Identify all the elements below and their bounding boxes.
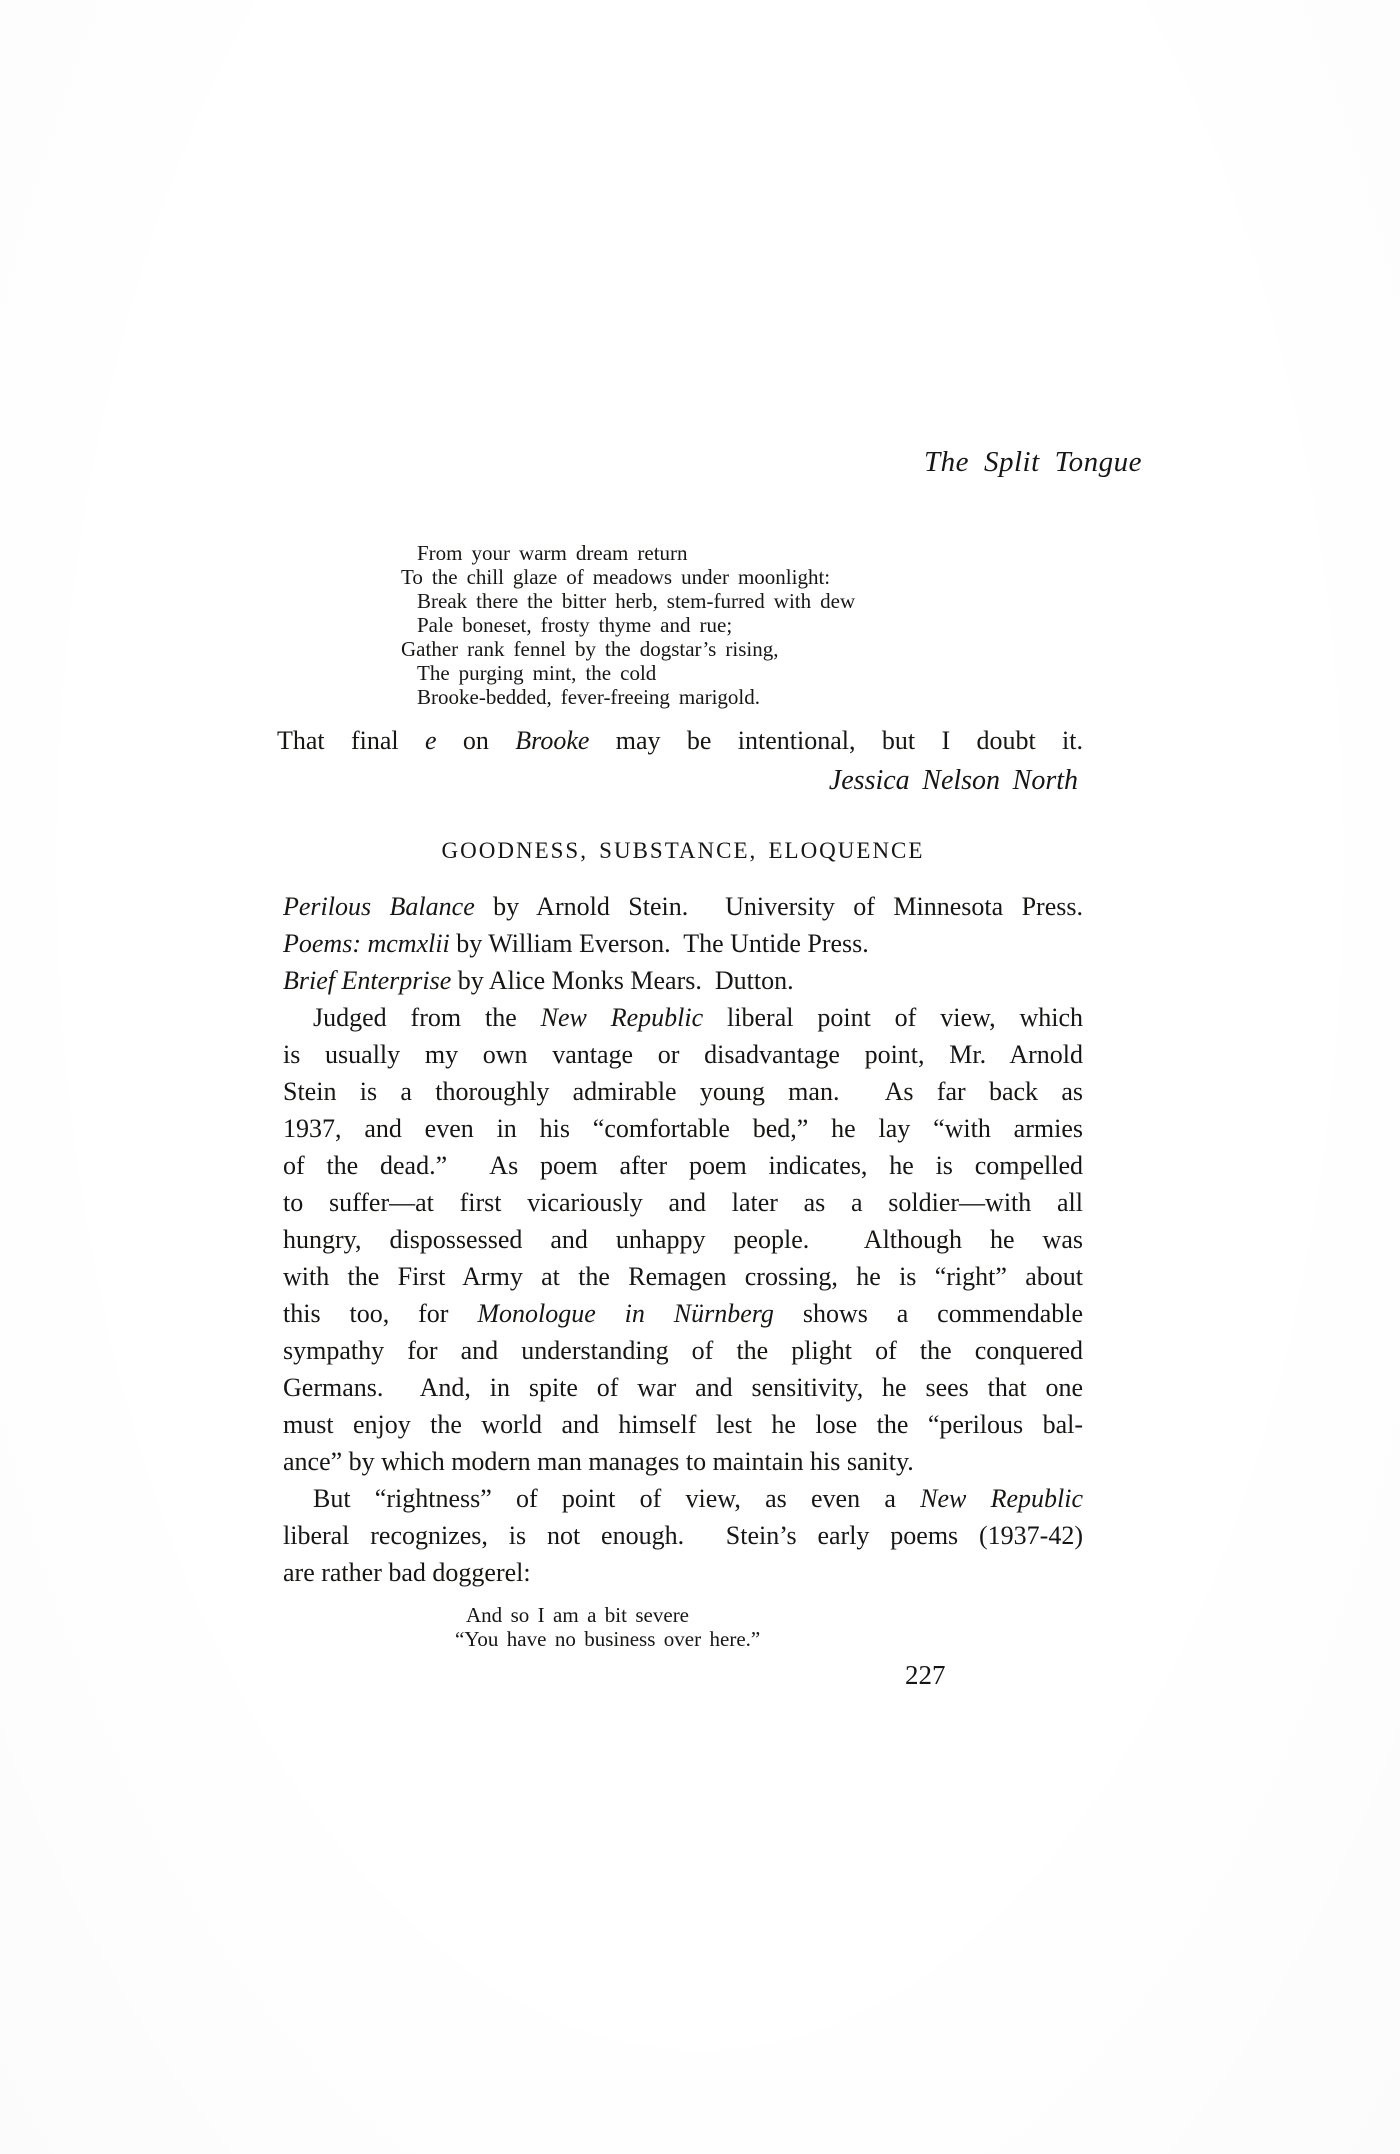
poem-line: To the chill glaze of meadows under moon… [401,565,855,589]
body-line: of the dead.” As poem after poem indicat… [283,1147,1083,1184]
body-line: ance” by which modern man manages to mai… [283,1443,1083,1480]
verse-line: “You have no business over here.” [455,1627,1083,1651]
quoted-poem: From your warm dream returnTo the chill … [401,541,855,709]
book-list: Perilous Balance by Arnold Stein. Univer… [283,888,1083,999]
book-list-line: Perilous Balance by Arnold Stein. Univer… [283,888,1083,925]
body-line: Judged from the New Republic liberal poi… [283,999,1083,1036]
body-line: to suffer—at first vicariously and later… [283,1184,1083,1221]
body-line: hungry, dispossessed and unhappy people.… [283,1221,1083,1258]
body-line: Stein is a thoroughly admirable young ma… [283,1073,1083,1110]
book-list-line: Brief Enterprise by Alice Monks Mears. D… [283,962,1083,999]
body-line: is usually my own vantage or disadvantag… [283,1036,1083,1073]
verse-line: And so I am a bit severe [455,1603,1083,1627]
review-paragraph-2: But “rightness” of point of view, as eve… [283,1480,1083,1591]
review-body: Perilous Balance by Arnold Stein. Univer… [283,888,1083,1651]
review-paragraph-1: Judged from the New Republic liberal poi… [283,999,1083,1480]
poem-line: Gather rank fennel by the dogstar’s risi… [401,637,855,661]
poem-line: The purging mint, the cold [401,661,855,685]
body-line: this too, for Monologue in Nürnberg show… [283,1295,1083,1332]
body-line: sympathy for and understanding of the pl… [283,1332,1083,1369]
section-heading: GOODNESS, SUBSTANCE, ELOQUENCE [283,838,1083,864]
body-line: Germans. And, in spite of war and sensit… [283,1369,1083,1406]
poem-line: Break there the bitter herb, stem-furred… [401,589,855,613]
body-line: with the First Army at the Remagen cross… [283,1258,1083,1295]
body-line: are rather bad doggerel: [283,1554,1083,1591]
body-line: must enjoy the world and himself lest he… [283,1406,1083,1443]
book-page: The Split Tongue From your warm dream re… [0,0,1400,2154]
quoted-verse: And so I am a bit severe“You have no bus… [283,1603,1083,1651]
poem-line: Brooke-bedded, fever-freeing marigold. [401,685,855,709]
body-line: But “rightness” of point of view, as eve… [283,1480,1083,1517]
body-line: liberal recognizes, is not enough. Stein… [283,1517,1083,1554]
running-head: The Split Tongue [924,442,1142,482]
poem-line: From your warm dream return [401,541,855,565]
book-list-line: Poems: mcmxlii by William Everson. The U… [283,925,1083,962]
body-line: 1937, and even in his “comfortable bed,”… [283,1110,1083,1147]
reviewer-attribution: Jessica Nelson North [829,762,1078,800]
reviewer-comment: That final e on Brooke may be intentiona… [277,722,1083,760]
poem-line: Pale boneset, frosty thyme and rue; [401,613,855,637]
page-number: 227 [905,1660,946,1691]
